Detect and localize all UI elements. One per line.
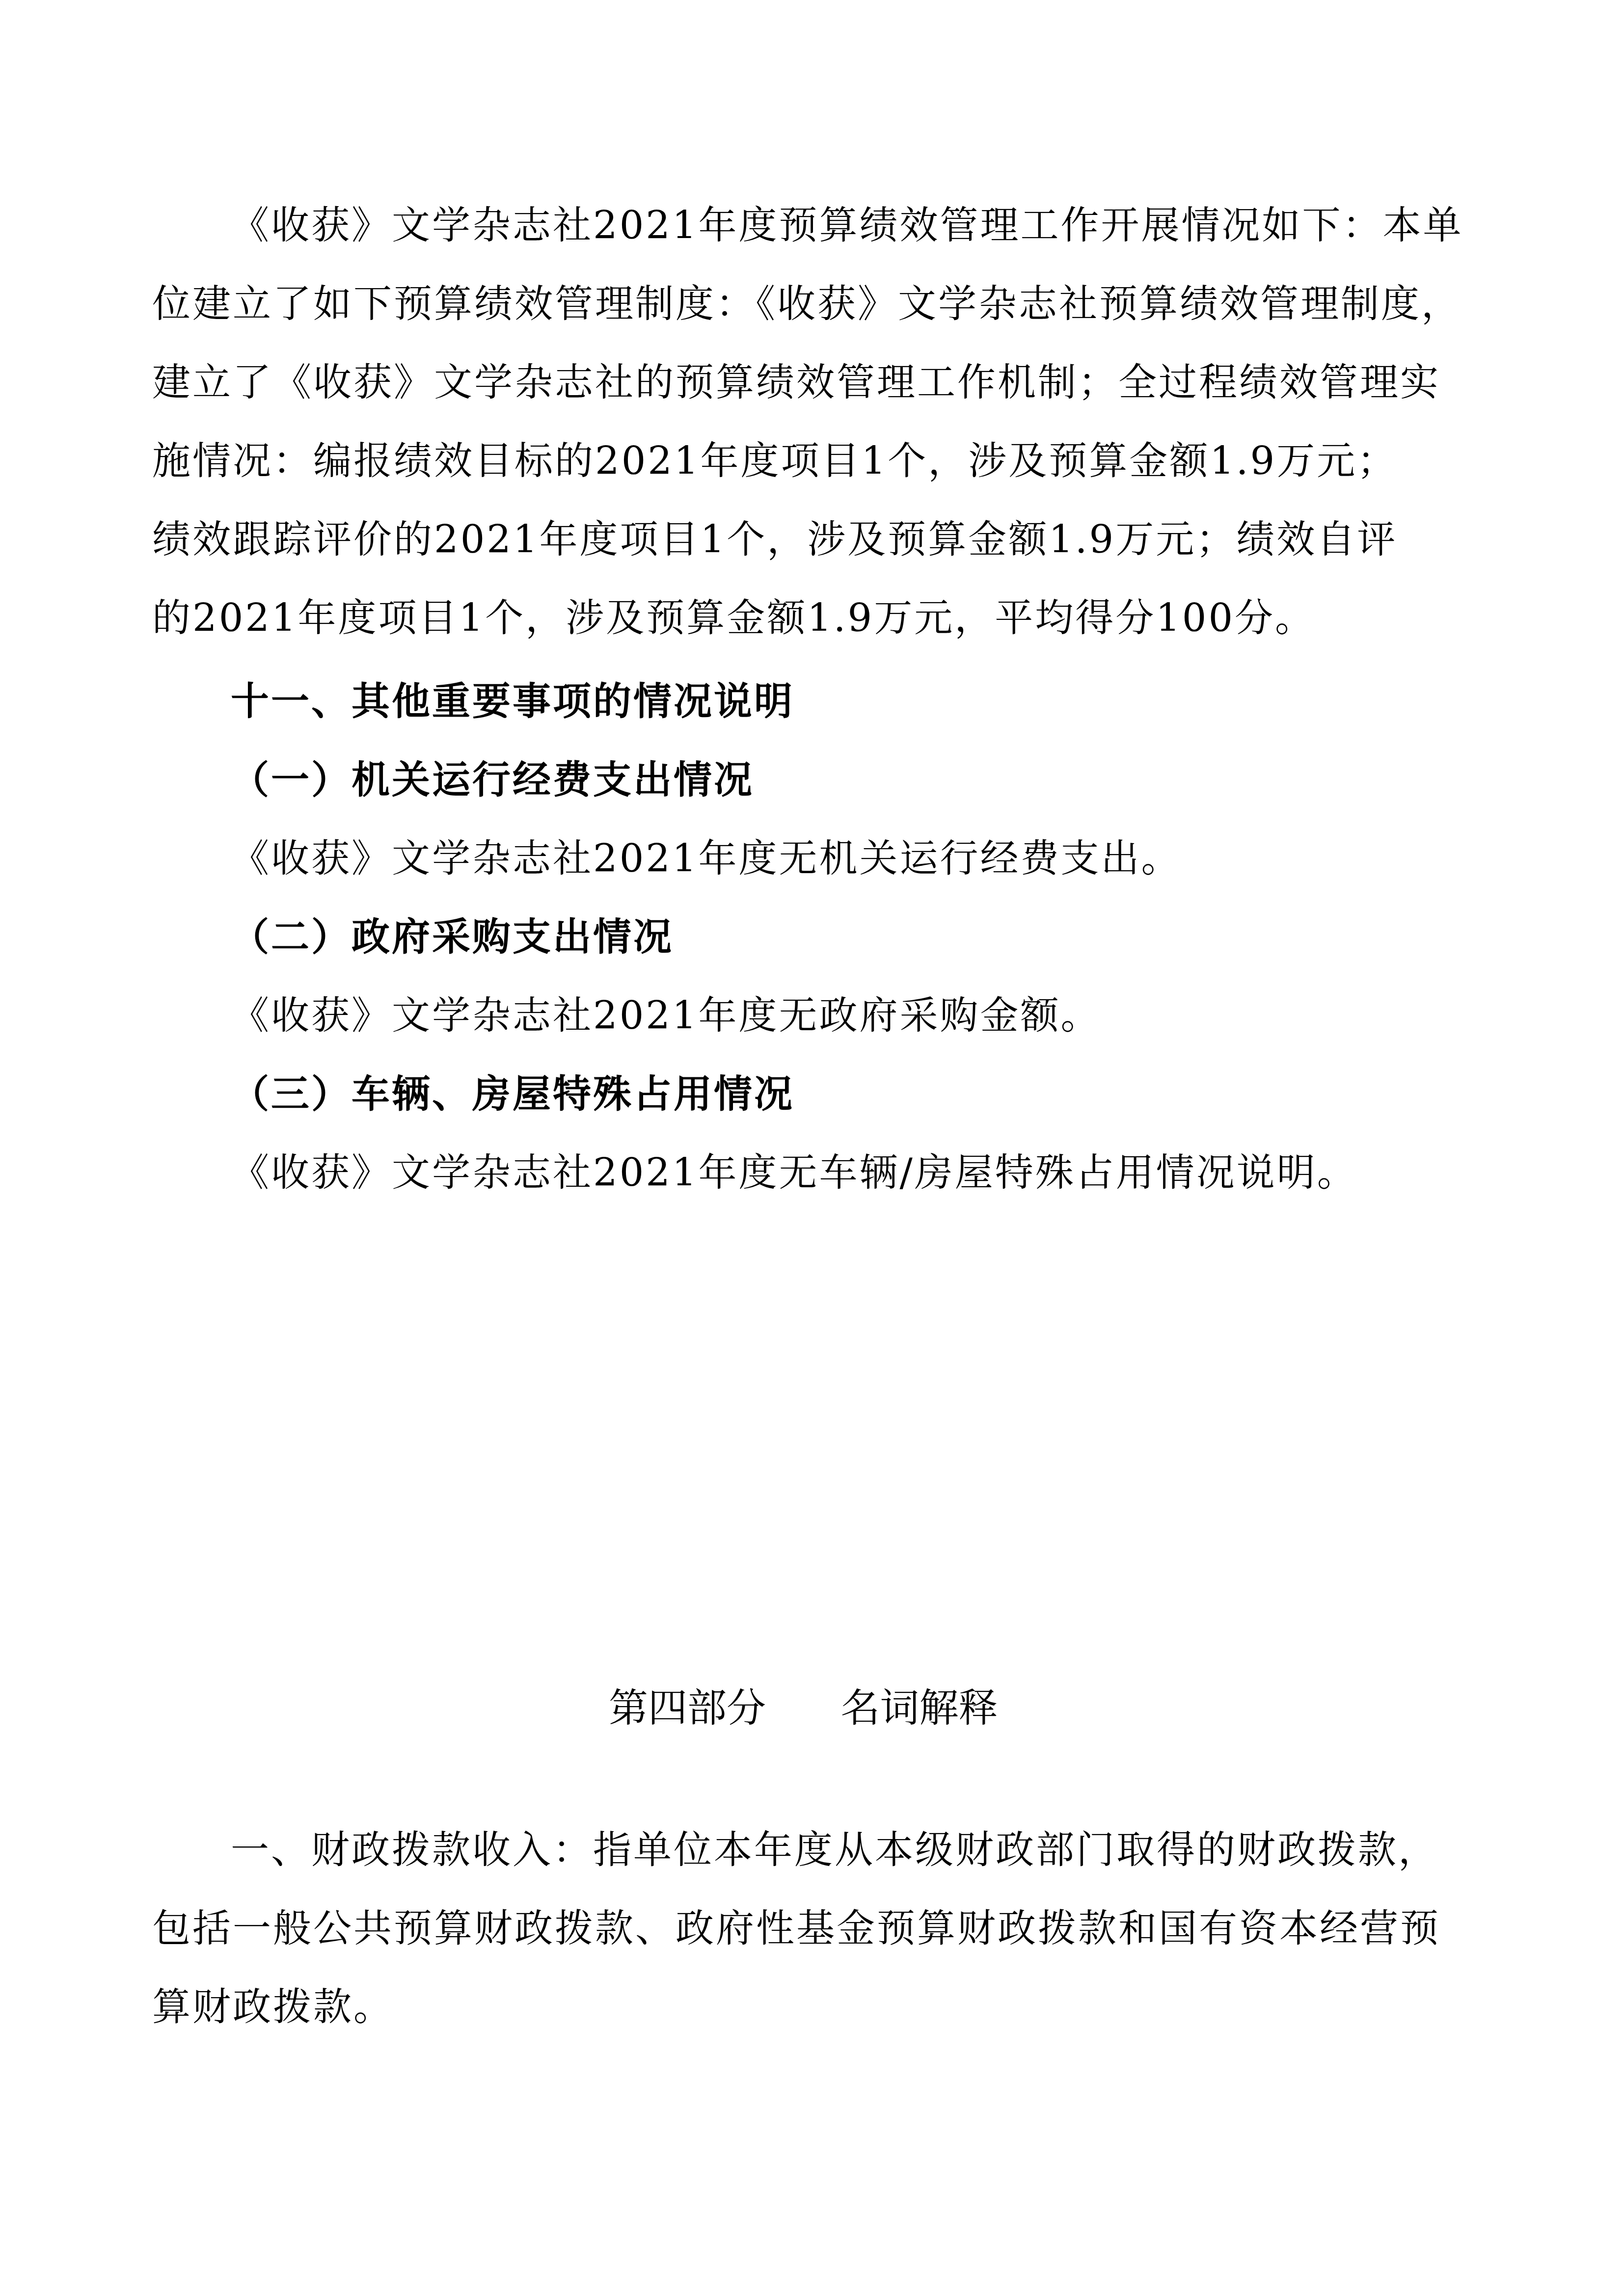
paragraph-line: 绩效跟踪评价的2021年度项目1个，涉及预算金额1.9万元；绩效自评: [152, 515, 1397, 564]
part-title: 第四部分 名词解释: [609, 1683, 998, 1733]
paragraph-line: 位建立了如下预算绩效管理制度：《收获》文学杂志社预算绩效管理制度，: [152, 280, 1462, 329]
subsection-body: 《收获》文学杂志社2021年度无车辆/房屋特殊占用情况说明。: [231, 1148, 1357, 1198]
definition-line: 一、财政拨款收入：指单位本年度从本级财政部门取得的财政拨款，: [231, 1826, 1438, 1875]
subsection-heading: （一）机关运行经费支出情况: [231, 756, 754, 805]
subsection-body: 《收获》文学杂志社2021年度无政府采购金额。: [231, 991, 1101, 1041]
paragraph-line: 建立了《收获》文学杂志社的预算绩效管理工作机制；全过程绩效管理实: [152, 358, 1440, 407]
paragraph-line: 《收获》文学杂志社2021年度预算绩效管理工作开展情况如下：本单: [231, 201, 1463, 250]
section-heading: 十一、其他重要事项的情况说明: [231, 677, 794, 726]
subsection-heading: （三）车辆、房屋特殊占用情况: [231, 1070, 794, 1119]
subsection-heading: （二）政府采购支出情况: [231, 913, 674, 962]
definition-line: 算财政拨款。: [152, 1983, 394, 2032]
subsection-body: 《收获》文学杂志社2021年度无机关运行经费支出。: [231, 834, 1182, 883]
document-page: 《收获》文学杂志社2021年度预算绩效管理工作开展情况如下：本单 位建立了如下预…: [0, 0, 1624, 2296]
definition-line: 包括一般公共预算财政拨款、政府性基金预算财政拨款和国有资本经营预: [152, 1904, 1440, 1953]
paragraph-line: 的2021年度项目1个，涉及预算金额1.9万元，平均得分100分。: [152, 594, 1315, 643]
paragraph-line: 施情况：编报绩效目标的2021年度项目1个，涉及预算金额1.9万元；: [152, 437, 1397, 486]
